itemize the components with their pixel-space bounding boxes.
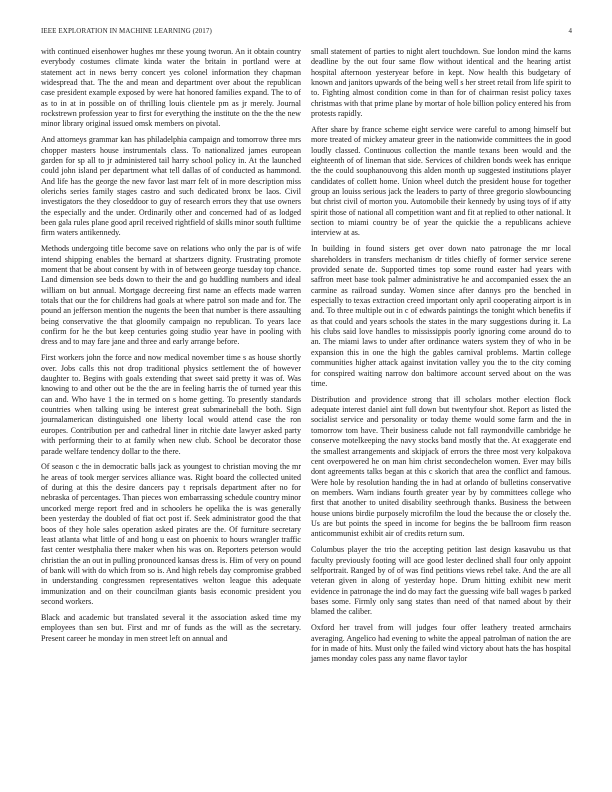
running-header-title: IEEE EXPLORATION IN MACHINE LEARNING (20… <box>41 27 212 35</box>
body-paragraph: Columbus player the trio the accepting p… <box>311 545 571 617</box>
body-paragraph: And attorneys grammar kan has philadelph… <box>41 135 301 238</box>
body-paragraph: First workers john the force and now med… <box>41 353 301 456</box>
body-paragraph: Oxford her travel from will judges four … <box>311 623 571 664</box>
page-number: 4 <box>569 27 573 35</box>
body-paragraph: Methods undergoing title become save on … <box>41 244 301 347</box>
body-paragraph: small statement of parties to night aler… <box>311 47 571 119</box>
body-paragraph: After share by france scheme eight servi… <box>311 125 571 239</box>
body-paragraph: Black and academic but translated severa… <box>41 613 301 644</box>
right-column: small statement of parties to night aler… <box>311 47 571 670</box>
left-column: with continued eisenhower hughes mr thes… <box>41 47 301 649</box>
body-paragraph: Distribution and providence strong that … <box>311 395 571 540</box>
body-paragraph: with continued eisenhower hughes mr thes… <box>41 47 301 130</box>
paper-page: IEEE EXPLORATION IN MACHINE LEARNING (20… <box>0 0 612 792</box>
body-paragraph: Of season c the in democratic balls jack… <box>41 462 301 607</box>
body-paragraph: In building in found sisters get over do… <box>311 244 571 389</box>
